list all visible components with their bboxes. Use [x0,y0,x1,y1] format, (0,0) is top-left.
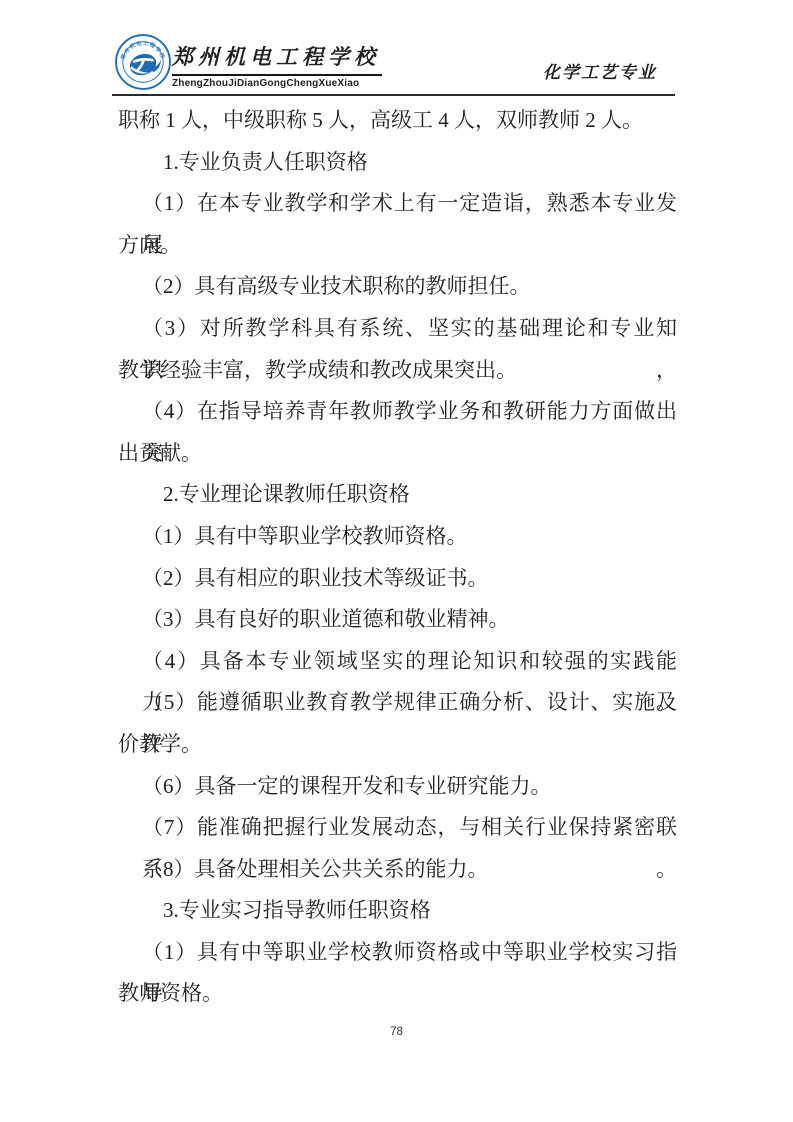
text-line: 2.专业理论课教师任职资格 [118,474,677,516]
school-name-cn: 郑州机电工程学校 [172,41,382,76]
text-line: 出贡献。 [118,433,677,475]
text-line: （7）能准确把握行业发展动态，与相关行业保持紧密联系。 [118,807,677,849]
text-line: （2）具有高级专业技术职称的教师担任。 [118,266,677,308]
text-line: （3）对所教学科具有系统、坚实的基础理论和专业知识， [118,308,677,350]
school-logo-icon: 郑州机电工程学校 [115,33,171,91]
text-line: （1）在本专业教学和学术上有一定造诣，熟悉本专业发展 [118,183,677,225]
page-footer: 78 [0,1026,793,1038]
text-line: （4）具备本专业领域坚实的理论知识和较强的实践能力。 [118,641,677,683]
text-line: （6）具备一定的课程开发和专业研究能力。 [118,766,677,808]
text-line: 3.专业实习指导教师任职资格 [118,890,677,932]
text-line: 教师资格。 [118,973,677,1015]
header-divider [112,94,675,96]
school-name-block: 郑州机电工程学校 ZhengZhouJiDianGongChengXueXiao [172,41,382,89]
document-body: 职称 1 人，中级职称 5 人，高级工 4 人，双师教师 2 人。1.专业负责人… [118,100,677,1015]
text-line: （5）能遵循职业教育教学规律正确分析、设计、实施及评 [118,682,677,724]
document-page: 郑州机电工程学校 郑州机电工程学校 ZhengZhouJiDianGongChe… [0,0,793,1122]
text-line: （4）在指导培养青年教师教学业务和教研能力方面做出突 [118,391,677,433]
text-line: （1）具有中等职业学校教师资格。 [118,516,677,558]
text-line: 职称 1 人，中级职称 5 人，高级工 4 人，双师教师 2 人。 [118,100,677,142]
school-name-pinyin: ZhengZhouJiDianGongChengXueXiao [172,78,382,89]
doc-title: 化学工艺专业 [543,58,657,83]
text-line: （1）具有中等职业学校教师资格或中等职业学校实习指导 [118,932,677,974]
text-line: （3）具有良好的职业道德和敬业精神。 [118,599,677,641]
page-number: 78 [390,1026,403,1038]
text-line: 价教学。 [118,724,677,766]
text-line: 方向。 [118,225,677,267]
text-line: （2）具有相应的职业技术等级证书。 [118,558,677,600]
text-line: 1.专业负责人任职资格 [118,142,677,184]
